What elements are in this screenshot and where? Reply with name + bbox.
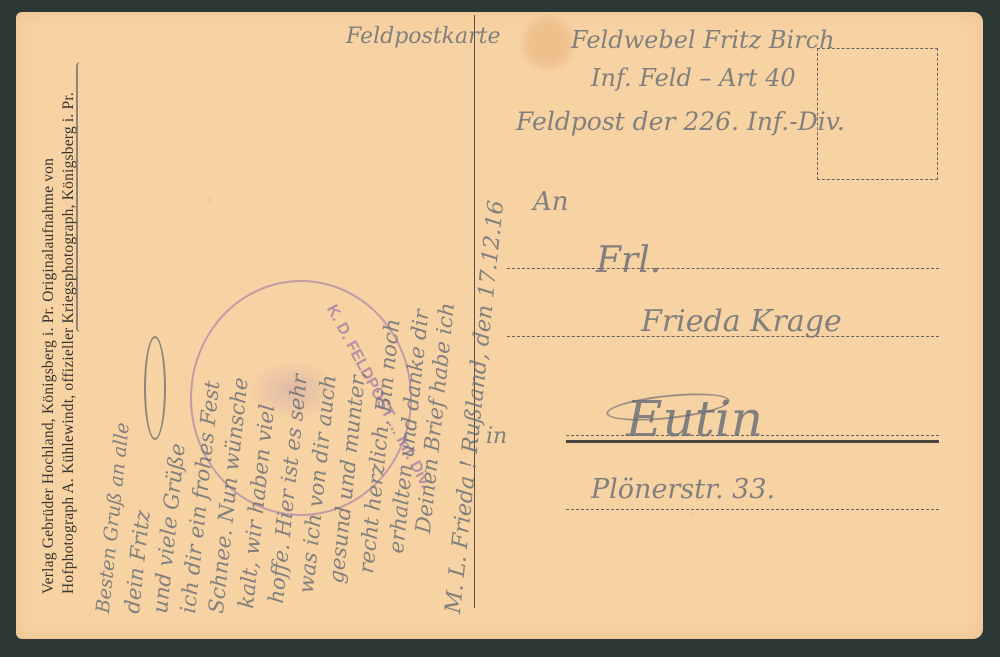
postcard: Verlag Gebrüder Hochland, Königsberg i. … xyxy=(16,12,983,639)
address-line-4 xyxy=(566,509,939,510)
handwritten-sender-name: Feldwebel Fritz Birch xyxy=(571,26,835,54)
address-salutation: An xyxy=(533,187,569,217)
handwritten-sender-unit: Inf. Feld – Art 40 xyxy=(591,64,796,92)
address-title: Frl. xyxy=(596,240,661,281)
pencil-bracket-stroke xyxy=(76,62,86,332)
handwritten-sender-division: Feldpost der 226. Inf.-Div. xyxy=(516,107,845,136)
pencil-loop-flourish xyxy=(144,336,166,440)
printed-imprint-line1: Verlag Gebrüder Hochland, Königsberg i. … xyxy=(40,158,58,594)
address-name: Frieda Krage xyxy=(641,304,842,339)
address-street: Plönerstr. 33. xyxy=(591,474,775,505)
address-line-1 xyxy=(507,268,939,269)
handwritten-feldpostkarte: Feldpostkarte xyxy=(346,24,500,49)
address-in-label: in xyxy=(486,424,507,449)
